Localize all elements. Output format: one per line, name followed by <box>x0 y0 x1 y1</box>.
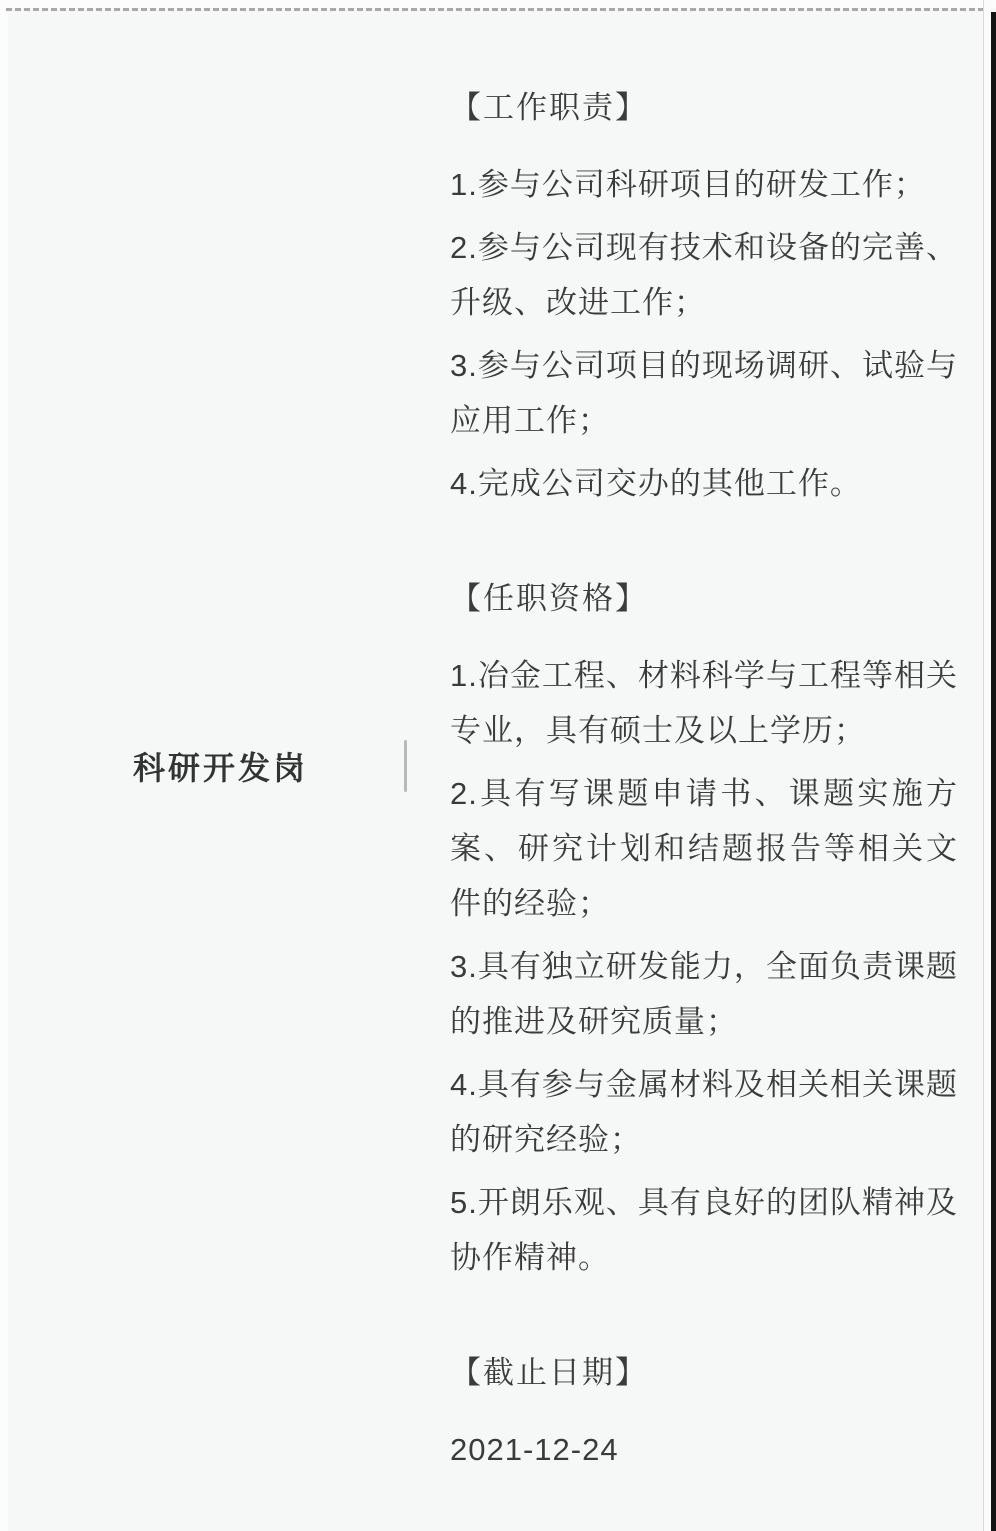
position-details-cell: 【工作职责】 1.参与公司科研项目的研发工作； 2.参与公司现有技术和设备的完善… <box>404 0 984 1531</box>
left-page-gutter <box>0 0 8 1531</box>
job-posting-page: { "page": { "colors": { "bg": "#f6f7f7",… <box>0 0 996 1531</box>
qualification-item: 3.具有独立研发能力，全面负责课题的推进及研究质量； <box>450 939 958 1049</box>
responsibility-item: 2.参与公司现有技术和设备的完善、升级、改进工作； <box>450 220 958 330</box>
qualification-item: 2.具有写课题申请书、课题实施方案、研究计划和结题报告等相关文件的经验； <box>450 766 958 931</box>
job-table-row: 科研开发岗 【工作职责】 1.参与公司科研项目的研发工作； 2.参与公司现有技术… <box>8 0 984 1531</box>
right-edge-bar <box>991 12 996 1531</box>
position-name-cell: 科研开发岗 <box>8 0 404 1531</box>
responsibility-item: 4.完成公司交办的其他工作。 <box>450 456 958 511</box>
qualification-item: 1.冶金工程、材料科学与工程等相关专业，具有硕士及以上学历； <box>450 648 958 758</box>
responsibility-item: 3.参与公司项目的现场调研、试验与应用工作； <box>450 338 958 448</box>
position-name-label: 科研开发岗 <box>133 743 308 789</box>
qualification-item: 4.具有参与金属材料及相关相关课题的研究经验； <box>450 1057 958 1167</box>
deadline-heading: 【截止日期】 <box>450 1345 958 1400</box>
qualification-item: 5.开朗乐观、具有良好的团队精神及协作精神。 <box>450 1175 958 1285</box>
qualifications-heading: 【任职资格】 <box>450 571 958 626</box>
responsibilities-heading: 【工作职责】 <box>450 80 958 135</box>
responsibility-item: 1.参与公司科研项目的研发工作； <box>450 157 958 212</box>
right-cell-border <box>983 0 991 1531</box>
column-divider-line <box>404 740 407 792</box>
deadline-date: 2021-12-24 <box>450 1422 958 1477</box>
